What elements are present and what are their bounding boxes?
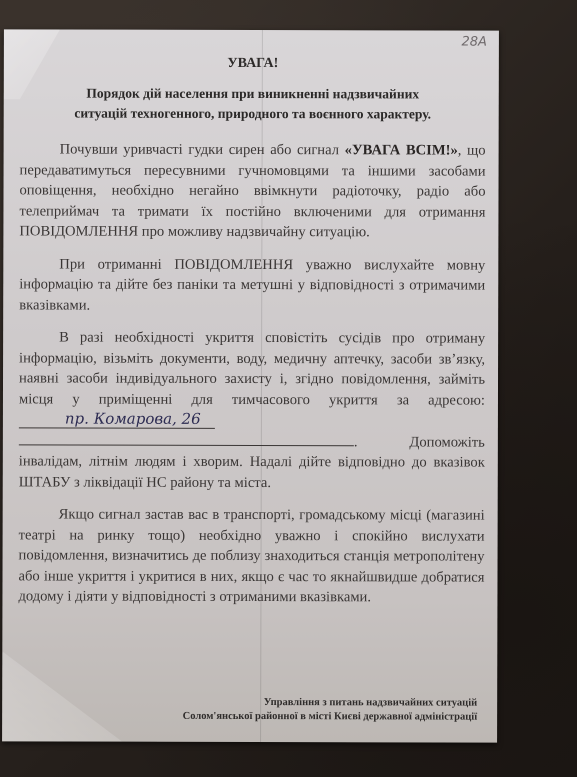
subtitle-line-2: ситуацій техногенного, природного та воє… xyxy=(20,103,486,124)
signature-line-2: Солом'янської районної в місті Києві дер… xyxy=(183,710,478,725)
notice-content: УВАГА! Порядок дій населення при виникне… xyxy=(18,55,485,620)
signature-line-1: Управління з питань надзвичайних ситуаці… xyxy=(183,696,478,711)
para3-text-before: В разі необхідності укриття сповістіть с… xyxy=(19,329,485,408)
handwritten-address: пр. Комарова, 26 xyxy=(19,409,215,429)
subtitle-line-1: Порядок дій населення при виникненні над… xyxy=(20,83,486,104)
para1-text-before: Почувши уривчасті гудки сирен або сигнал xyxy=(60,141,345,158)
notice-title: УВАГА! xyxy=(20,55,486,72)
para1-alert-phrase: «УВАГА ВСІМ!» xyxy=(345,142,458,158)
paragraph-in-transport: Якщо сигнал застав вас в транспорті, гро… xyxy=(18,504,484,608)
page-number: 28A xyxy=(461,35,486,50)
paragraph-shelter: В разі необхідності укриття сповістіть с… xyxy=(19,327,485,493)
notice-subtitle: Порядок дій населення при виникненні над… xyxy=(20,83,486,124)
paragraph-on-message: При отриманні ПОВІДОМЛЕННЯ уважно вислух… xyxy=(19,254,485,317)
notice-paper: 28A УВАГА! Порядок дій населення при вин… xyxy=(2,29,499,742)
paragraph-siren-signal: Почувши уривчасті гудки сирен або сигнал… xyxy=(19,139,485,243)
issuer-signature: Управління з питань надзвичайних ситуаці… xyxy=(183,696,478,725)
address-blank-line xyxy=(19,430,354,446)
tape-bottom-left xyxy=(2,651,122,741)
